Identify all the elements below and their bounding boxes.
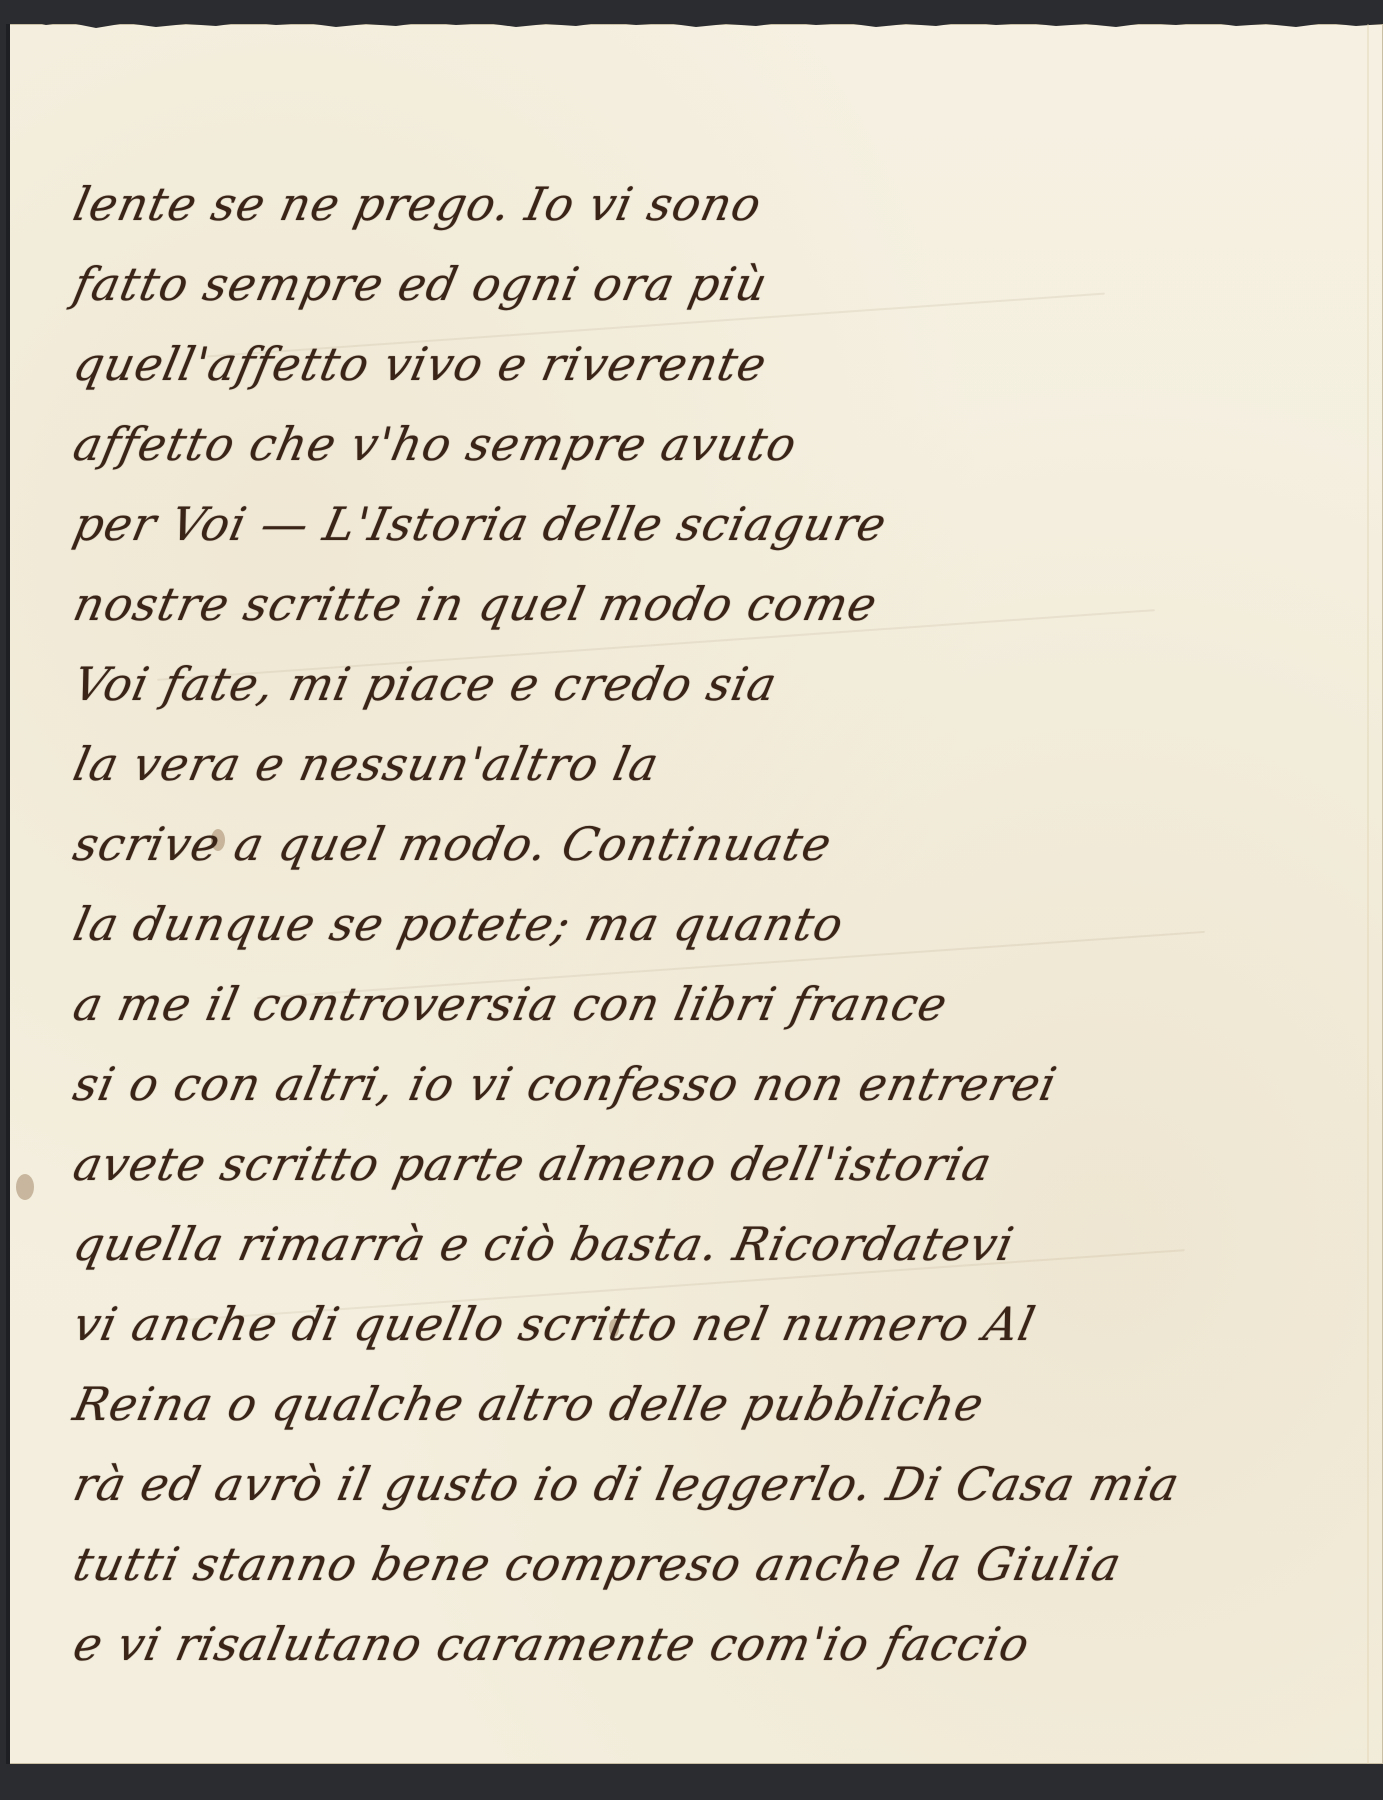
text-line: quell'affetto vivo e riverente [66,324,1383,404]
left-edge [6,24,10,1764]
text-line: si o con altri, io vi confesso non entre… [66,1044,1383,1124]
text-line: la dunque se potete; ma quanto [66,884,1383,964]
text-line: rà ed avrò il gusto io di leggerlo. Di C… [66,1444,1383,1524]
letter-text: lente se ne prego. Io vi sono fatto semp… [66,164,1366,1684]
text-line: per Voi — L'Istoria delle sciagure [66,484,1383,564]
letter-page: lente se ne prego. Io vi sono fatto semp… [6,24,1383,1764]
text-line: a me il controversia con libri france [66,964,1383,1044]
text-line: fatto sempre ed ogni ora più [66,244,1383,324]
text-line: avete scritto parte almeno dell'istoria [66,1124,1383,1204]
ink-stain [16,1174,34,1200]
text-line: Reina o qualche altro delle pubbliche [66,1364,1383,1444]
text-line: la vera e nessun'altro la [66,724,1383,804]
text-line: quella rimarrà e ciò basta. Ricordatevi [66,1204,1383,1284]
torn-top-edge [6,16,1383,32]
text-line: lente se ne prego. Io vi sono [66,164,1383,244]
photo-frame: lente se ne prego. Io vi sono fatto semp… [0,0,1383,1800]
text-line: nostre scritte in quel modo come [66,564,1383,644]
text-line: Voi fate, mi piace e credo sia [66,644,1383,724]
text-line: affetto che v'ho sempre avuto [66,404,1383,484]
text-line: tutti stanno bene compreso anche la Giul… [66,1524,1383,1604]
text-line: scrive a quel modo. Continuate [66,804,1383,884]
text-line: vi anche di quello scritto nel numero Al [66,1284,1383,1364]
text-line: e vi risalutano caramente com'io faccio [66,1604,1383,1684]
